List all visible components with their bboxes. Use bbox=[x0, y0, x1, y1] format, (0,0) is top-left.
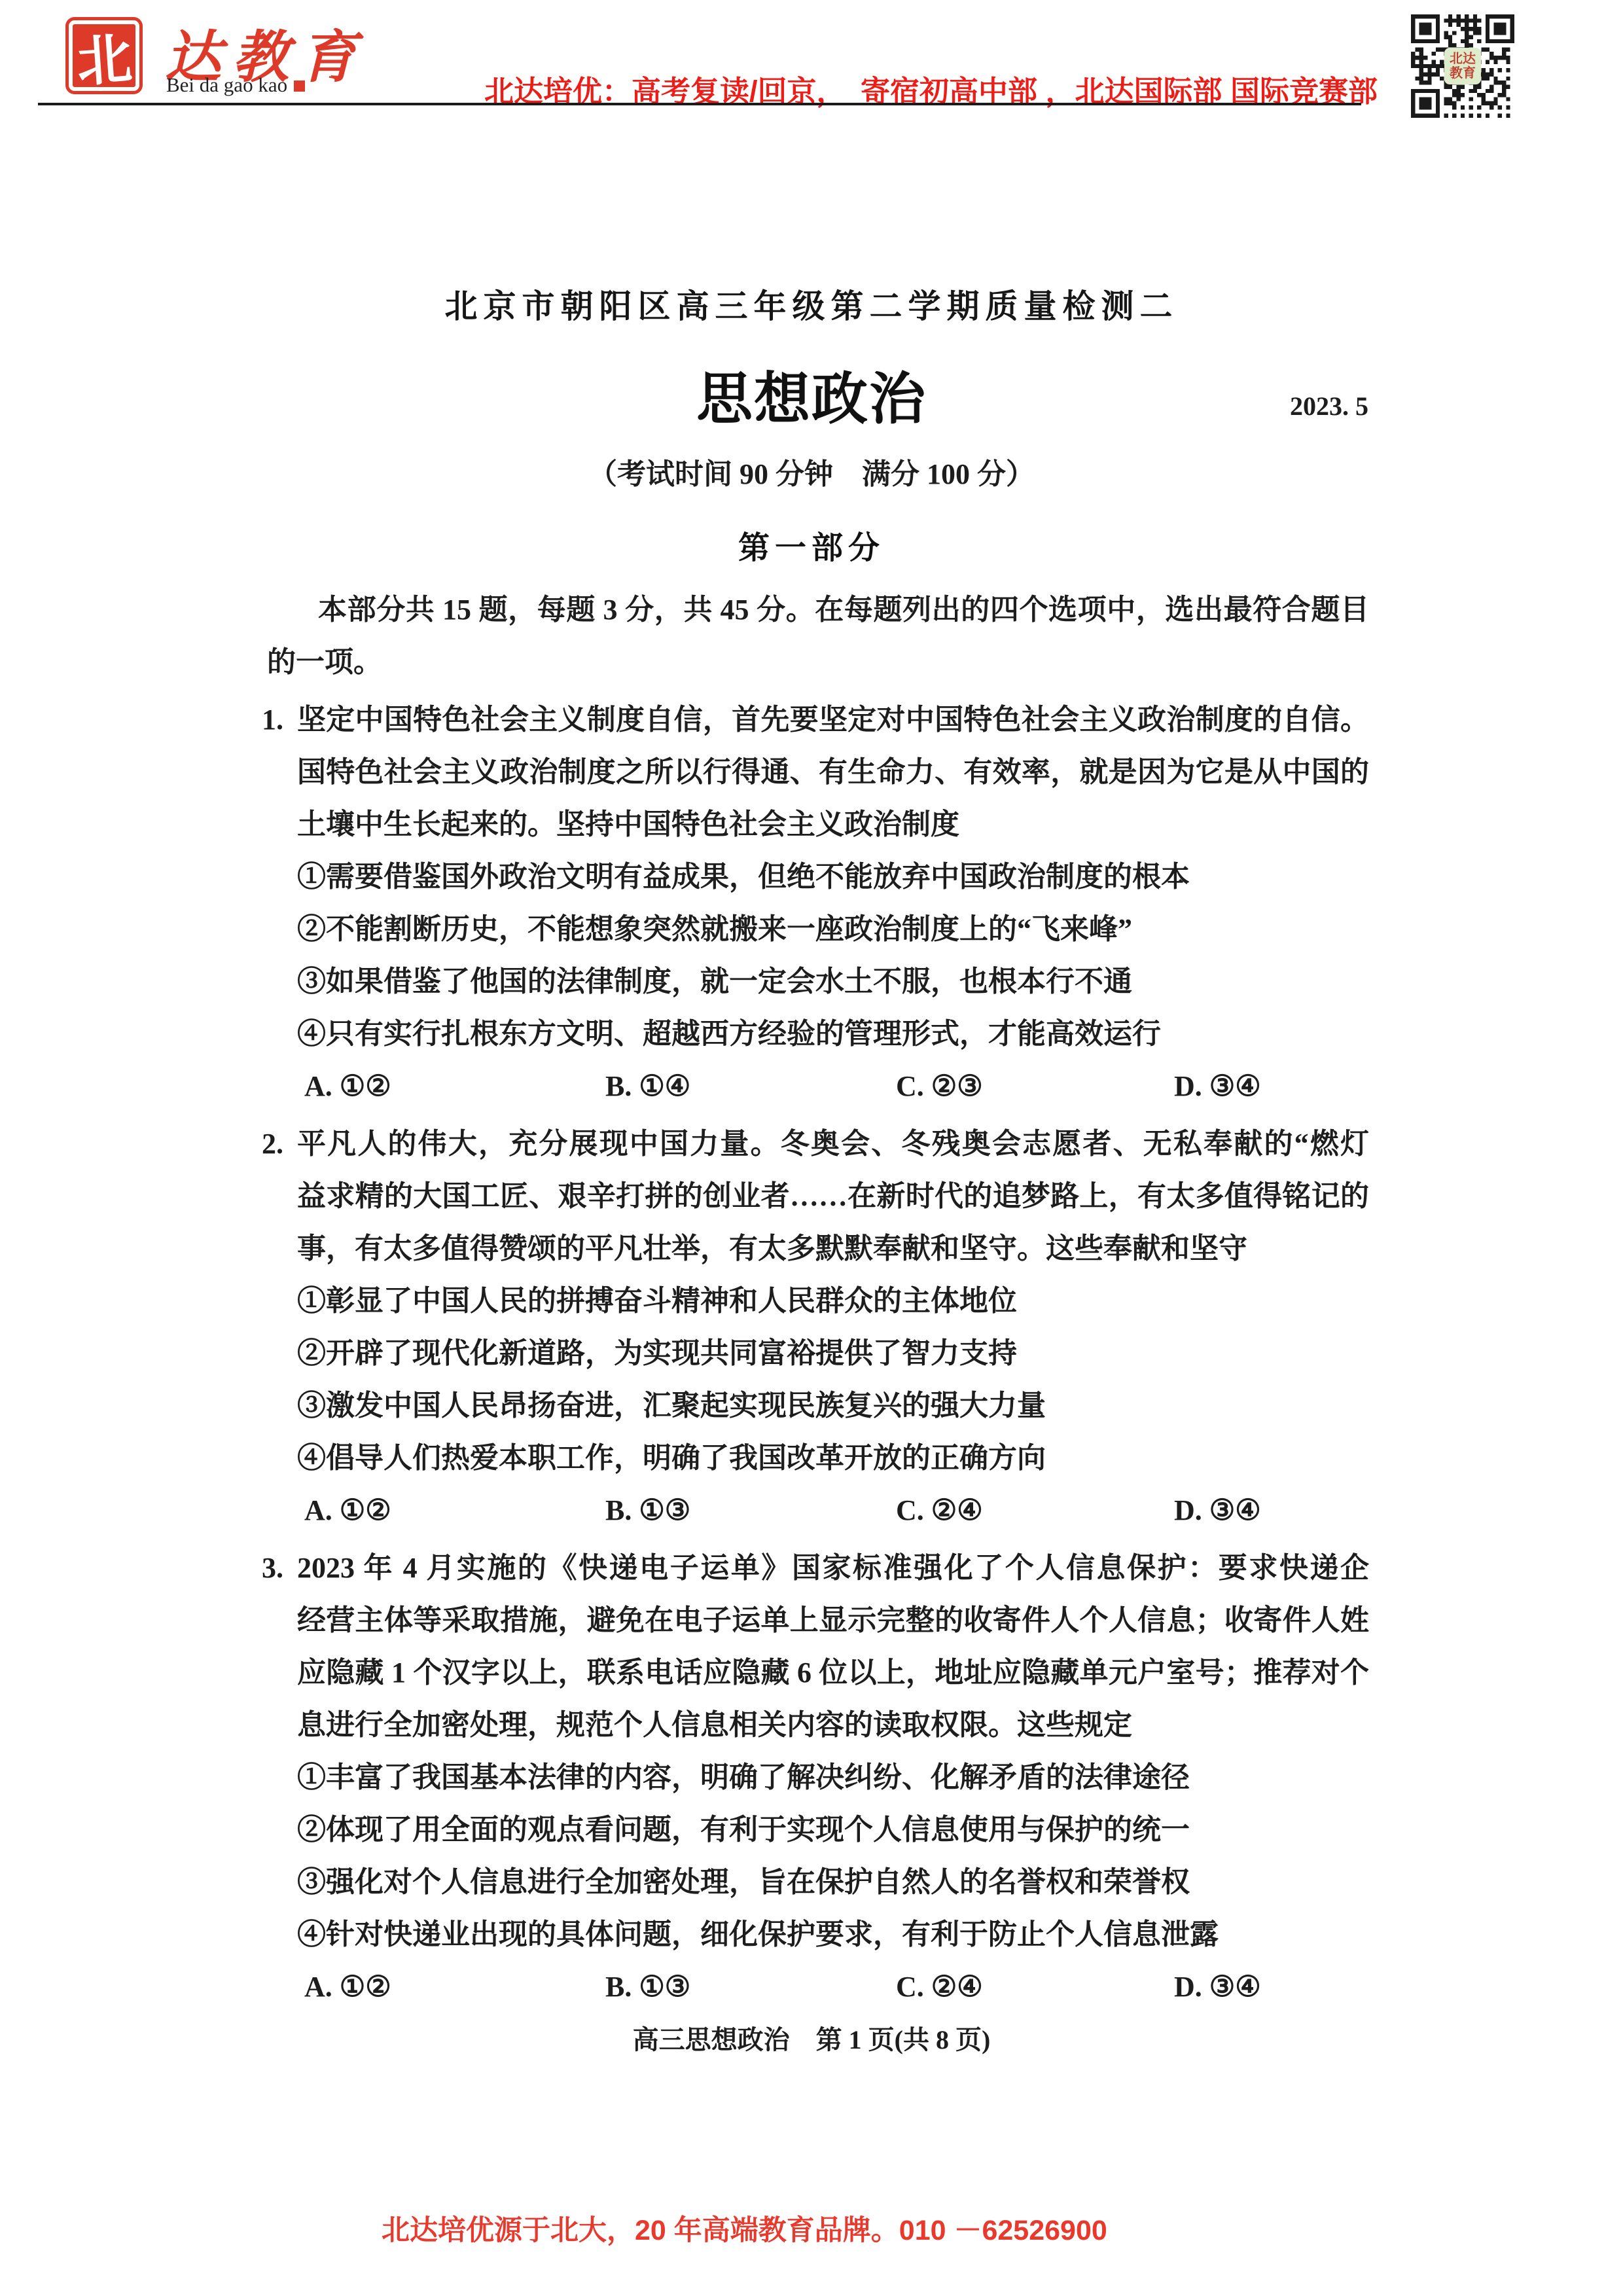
question-stem-line: 国特色社会主义政治制度之所以行得通、有生命力、有效率，就是因为它是从中国的社会 bbox=[262, 746, 1369, 798]
instruction-line: 的一项。 bbox=[267, 636, 1369, 689]
statement-item: ④只有实行扎根东方文明、超越西方经验的管理形式，才能高效运行 bbox=[262, 1008, 1369, 1060]
option-d: D. ③④ bbox=[1174, 1060, 1261, 1113]
statement-item: ②体现了用全面的观点看问题，有利于实现个人信息使用与保护的统一 bbox=[262, 1804, 1369, 1856]
options-row: A. ①② B. ①④ C. ②③ D. ③④ bbox=[262, 1060, 1369, 1113]
question-stem-line: 坚定中国特色社会主义制度自信，首先要坚定对中国特色社会主义政治制度的自信。中 bbox=[262, 694, 1369, 746]
option-c: C. ②④ bbox=[896, 1484, 983, 1537]
page-header: 北 达教育 Bei da gao kao 北达培优：高考复读/回京， 寄宿初高中… bbox=[0, 0, 1623, 118]
question-3: 3. 2023 年 4 月实施的《快递电子运单》国家标准强化了个人信息保护：要求… bbox=[262, 1542, 1369, 2013]
options-row: A. ①② B. ①③ C. ②④ D. ③④ bbox=[262, 1484, 1369, 1537]
part-title: 第一部分 bbox=[0, 522, 1623, 567]
question-2: 2. 平凡人的伟大，充分展现中国力量。冬奥会、冬残奥会志愿者、无私奉献的“燃灯者… bbox=[262, 1118, 1369, 1537]
page-content: 本部分共 15 题，每题 3 分，共 45 分。在每题列出的四个选项中，选出最符… bbox=[262, 584, 1369, 2013]
question-stem-line: 应隐藏 1 个汉字以上，联系电话应隐藏 6 位以上，地址应隐藏单元户室号；推荐对… bbox=[262, 1647, 1369, 1699]
brand-name: 达教育 bbox=[165, 12, 387, 77]
question-number: 2. bbox=[262, 1118, 283, 1170]
page-number-footer: 高三思想政治 第 1 页(共 8 页) bbox=[0, 2019, 1623, 2056]
question-number: 3. bbox=[262, 1542, 283, 1594]
statement-item: ②开辟了现代化新道路，为实现共同富裕提供了智力支持 bbox=[262, 1327, 1369, 1380]
statement-item: ④针对快递业出现的具体问题，细化保护要求，有利于防止个人信息泄露 bbox=[262, 1909, 1369, 1961]
option-b: B. ①③ bbox=[605, 1961, 690, 2013]
question-number: 1. bbox=[262, 694, 283, 746]
red-square-icon bbox=[294, 81, 305, 92]
seal-character: 北 bbox=[74, 14, 134, 98]
option-a: A. ①② bbox=[304, 1060, 391, 1113]
question-stem-line: 息进行全加密处理，规范个人信息相关内容的读取权限。这些规定 bbox=[262, 1699, 1369, 1751]
option-c: C. ②③ bbox=[896, 1060, 983, 1113]
qr-code: 北达 教育 bbox=[1410, 14, 1515, 118]
option-b: B. ①④ bbox=[605, 1060, 690, 1113]
exam-date: 2023. 5 bbox=[1290, 391, 1368, 422]
question-stem-line: 土壤中生长起来的。坚持中国特色社会主义政治制度 bbox=[262, 798, 1369, 851]
option-a: A. ①② bbox=[304, 1961, 391, 2013]
bottom-banner: 北达培优源于北大，20 年高端教育品牌。010 －62526900 bbox=[382, 2208, 1107, 2248]
question-stem-line: 事，有太多值得赞颂的平凡壮举，有太多默默奉献和坚守。这些奉献和坚守 bbox=[262, 1223, 1369, 1275]
option-b: B. ①③ bbox=[605, 1484, 690, 1537]
statement-item: ④倡导人们热爱本职工作，明确了我国改革开放的正确方向 bbox=[262, 1432, 1369, 1484]
brand-seal-icon: 北 bbox=[65, 17, 143, 94]
question-stem-line: 平凡人的伟大，充分展现中国力量。冬奥会、冬残奥会志愿者、无私奉献的“燃灯者”、精 bbox=[262, 1118, 1369, 1170]
statement-item: ③强化对个人信息进行全加密处理，旨在保护自然人的名誉权和荣誉权 bbox=[262, 1856, 1369, 1909]
exam-title: 北京市朝阳区高三年级第二学期质量检测二 bbox=[0, 280, 1623, 327]
section-instructions: 本部分共 15 题，每题 3 分，共 45 分。在每题列出的四个选项中，选出最符… bbox=[262, 584, 1369, 689]
option-a: A. ①② bbox=[304, 1484, 391, 1537]
header-divider bbox=[38, 103, 1361, 105]
question-1: 1. 坚定中国特色社会主义制度自信，首先要坚定对中国特色社会主义政治制度的自信。… bbox=[262, 694, 1369, 1113]
question-stem-line: 益求精的大国工匠、艰辛打拼的创业者……在新时代的追梦路上，有太多值得铭记的故 bbox=[262, 1170, 1369, 1223]
statement-item: ①需要借鉴国外政治文明有益成果，但绝不能放弃中国政治制度的根本 bbox=[262, 851, 1369, 903]
options-row: A. ①② B. ①③ C. ②④ D. ③④ bbox=[262, 1961, 1369, 2013]
instruction-line: 本部分共 15 题，每题 3 分，共 45 分。在每题列出的四个选项中，选出最符… bbox=[267, 584, 1369, 636]
question-stem-line: 经营主体等采取措施，避免在电子运单上显示完整的收寄件人个人信息；收寄件人姓名 bbox=[262, 1594, 1369, 1647]
option-d: D. ③④ bbox=[1174, 1484, 1261, 1537]
statement-item: ③如果借鉴了他国的法律制度，就一定会水土不服，也根本行不通 bbox=[262, 956, 1369, 1008]
question-stem-line: 2023 年 4 月实施的《快递电子运单》国家标准强化了个人信息保护：要求快递企… bbox=[262, 1542, 1369, 1594]
exam-info: （考试时间 90 分钟 满分 100 分） bbox=[0, 450, 1623, 492]
option-d: D. ③④ bbox=[1174, 1961, 1261, 2013]
brand-subtitle: Bei da gao kao bbox=[166, 73, 305, 97]
subject-title: 思想政治 bbox=[0, 353, 1623, 435]
statement-item: ①丰富了我国基本法律的内容，明确了解决纠纷、化解矛盾的法律途径 bbox=[262, 1751, 1369, 1804]
option-c: C. ②④ bbox=[896, 1961, 983, 2013]
statement-item: ①彰显了中国人民的拼搏奋斗精神和人民群众的主体地位 bbox=[262, 1275, 1369, 1327]
statement-item: ②不能割断历史，不能想象突然就搬来一座政治制度上的“飞来峰” bbox=[262, 903, 1369, 956]
qr-center-logo: 北达 教育 bbox=[1444, 48, 1481, 84]
statement-item: ③激发中国人民昂扬奋进，汇聚起实现民族复兴的强大力量 bbox=[262, 1380, 1369, 1432]
